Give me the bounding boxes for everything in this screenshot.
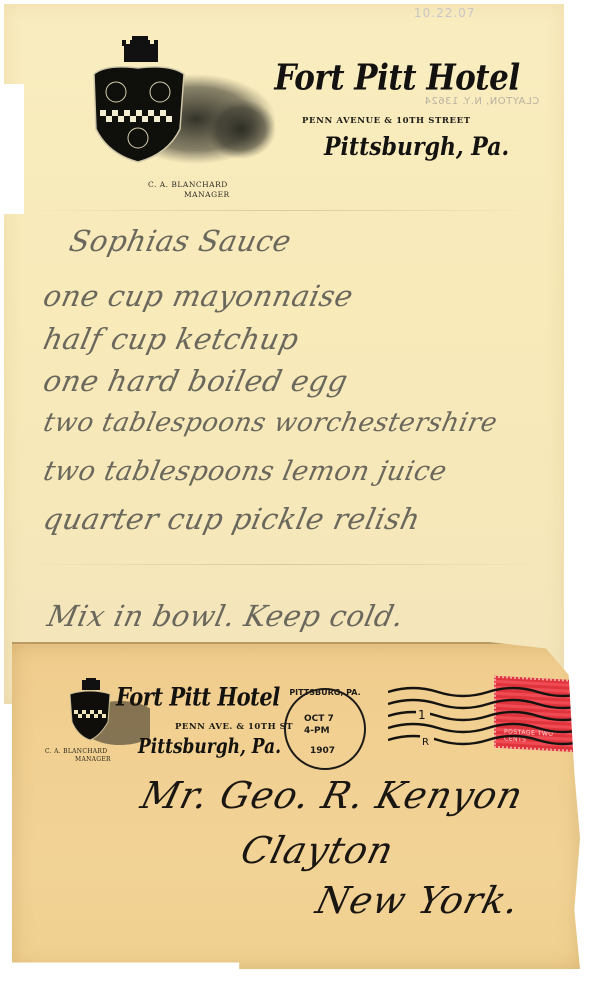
postmark-date: OCT 7 (304, 714, 334, 724)
ingredient-line: half cup ketchup (40, 322, 302, 356)
letterhead-city: Pittsburgh, Pa. (324, 132, 509, 162)
cancellation-waves-icon: 1 R (388, 684, 588, 754)
archive-reference-mark: 10.22.07 (414, 6, 475, 20)
cancel-mark-r: R (422, 737, 429, 748)
letter-torn-edge (4, 84, 24, 214)
recipe-instructions: Mix in bowl. Keep cold. (44, 599, 407, 633)
manager-title: MANAGER (148, 190, 230, 200)
postmark-year: 1907 (310, 746, 335, 756)
postmark: PITTSBURG, PA. OCT 7 4-PM 1907 (284, 688, 366, 770)
envelope-manager-name: C. A. BLANCHARD (45, 748, 107, 755)
hotel-crest-icon (76, 34, 276, 174)
cancel-mark-1: 1 (418, 708, 426, 722)
ingredient-line: one hard boiled egg (40, 364, 351, 398)
envelope-hotel-city: Pittsburgh, Pa. (138, 735, 281, 759)
envelope-manager-title: MANAGER (45, 756, 111, 764)
postmark-time: 4-PM (304, 726, 330, 736)
postmark-city: PITTSBURG, PA. (286, 688, 364, 697)
envelope: Fort Pitt Hotel PENN AVE. & 10TH ST Pitt… (12, 642, 580, 969)
manager-name: C. A. BLANCHARD (148, 180, 228, 189)
letterhead-hotel-name: Fort Pitt Hotel (272, 57, 522, 98)
recipient-state: New York. (312, 879, 525, 922)
ingredient-line: one cup mayonnaise (40, 279, 356, 313)
recipient-city: Clayton (237, 829, 399, 872)
ingredient-line: two tablespoons lemon juice (41, 456, 450, 487)
letterhead-address: PENN AVENUE & 10TH STREET (302, 116, 471, 126)
fold-crease (24, 210, 544, 211)
recipient-name: Mr. Geo. R. Kenyon (137, 774, 528, 817)
fold-crease (24, 564, 544, 565)
letterhead-manager: C. A. BLANCHARD MANAGER (148, 180, 230, 200)
recipe-title: Sophias Sauce (66, 224, 294, 258)
envelope-hotel-address: PENN AVE. & 10TH ST (175, 722, 293, 732)
ingredient-line: two tablespoons worchestershire (41, 408, 500, 438)
envelope-manager: C. A. BLANCHARD MANAGER (45, 748, 111, 764)
letter-sheet: 10.22.07 C. A. BLANCHARD MANA (4, 4, 564, 704)
envelope-hotel-name: Fort Pitt Hotel (116, 682, 280, 712)
ingredient-line: quarter cup pickle relish (40, 502, 423, 536)
